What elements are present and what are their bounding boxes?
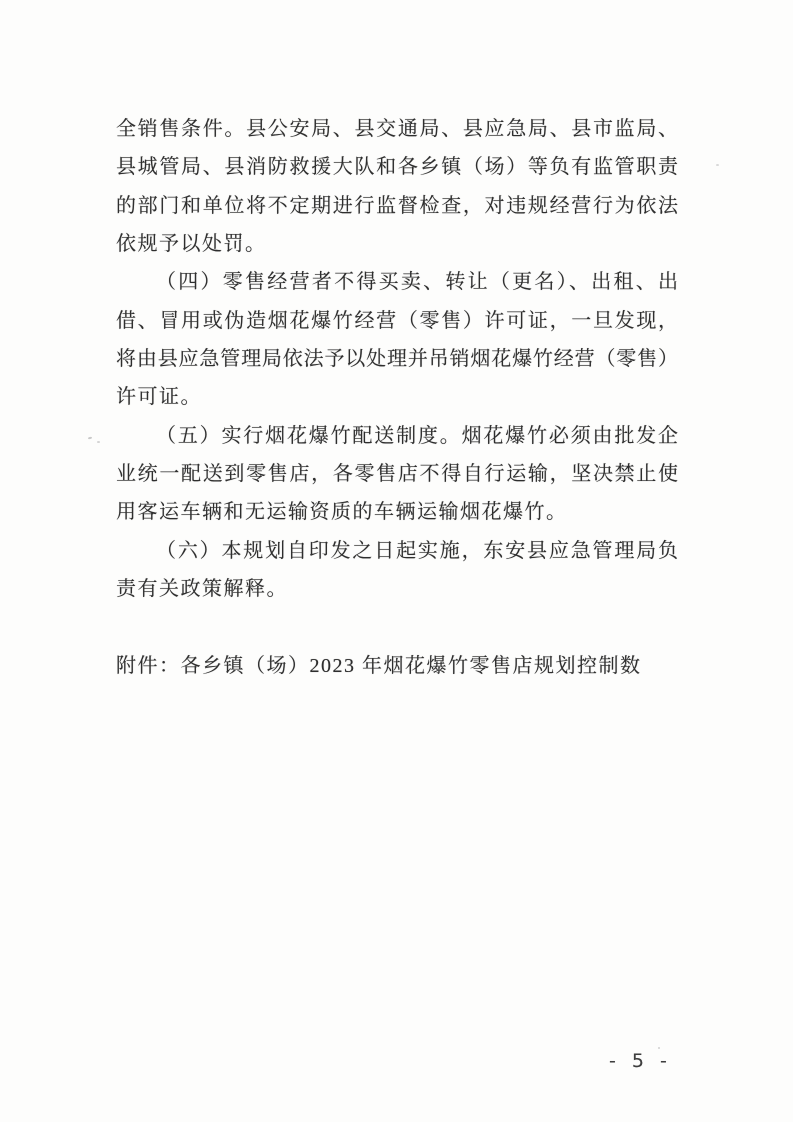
text-line: 将由县应急管理局依法予以处理并吊销烟花爆竹经营（零售） [116,340,678,378]
text-line-item-6: （六）本规划自印发之日起实施，东安县应急管理局负 [116,532,678,570]
text-line-item-5: （五）实行烟花爆竹配送制度。烟花爆竹必须由批发企 [116,417,678,455]
document-body: 全销售条件。县公安局、县交通局、县应急局、县市监局、 县城管局、县消防救援大队和… [116,110,678,685]
text-line: 许可证。 [116,378,678,416]
scan-speck [658,1047,660,1049]
blank-line [116,608,678,646]
text-line: 县城管局、县消防救援大队和各乡镇（场）等负有监管职责 [116,148,678,186]
text-line: 借、冒用或伪造烟花爆竹经营（零售）许可证，一旦发现， [116,302,678,340]
scanned-document-page: 全销售条件。县公安局、县交通局、县应急局、县市监局、 县城管局、县消防救援大队和… [0,0,793,1122]
scan-speck [716,164,719,166]
scan-speck [97,441,100,443]
text-line: 全销售条件。县公安局、县交通局、县应急局、县市监局、 [116,110,678,148]
text-line-item-4: （四）零售经营者不得买卖、转让（更名）、出租、出 [116,263,678,301]
text-line: 用客运车辆和无运输资质的车辆运输烟花爆竹。 [116,493,678,531]
text-line: 依规予以处罚。 [116,225,678,263]
page-number: - 5 - [609,1050,672,1072]
text-line: 的部门和单位将不定期进行监督检查，对违规经营行为依法 [116,187,678,225]
text-line: 责有关政策解释。 [116,570,678,608]
attachment-line: 附件：各乡镇（场）2023 年烟花爆竹零售店规划控制数 [116,647,678,685]
text-line: 业统一配送到零售店，各零售店不得自行运输，坚决禁止使 [116,455,678,493]
scan-speck [88,437,92,440]
